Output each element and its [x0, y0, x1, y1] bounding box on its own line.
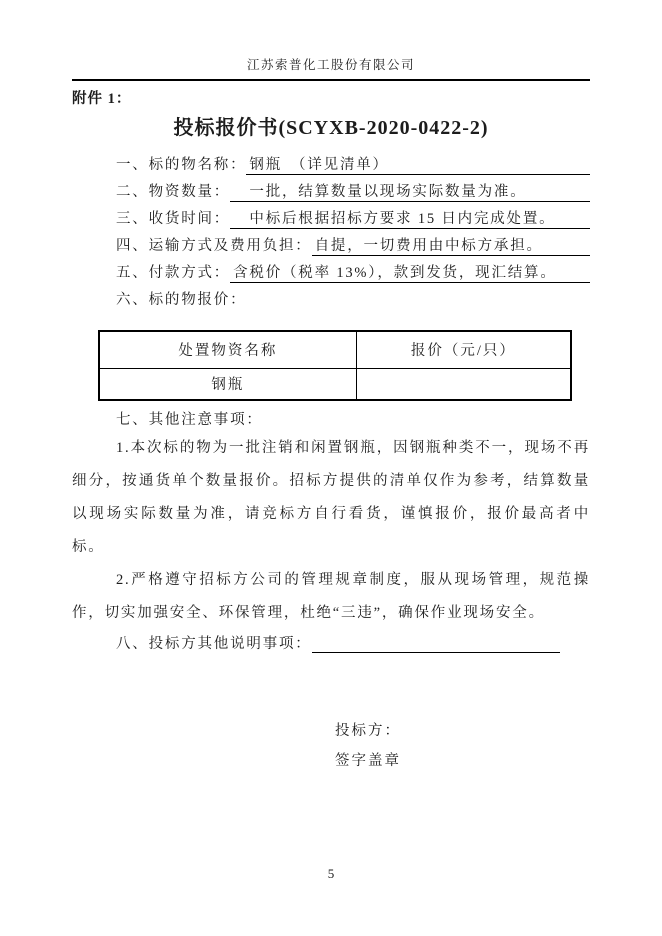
item-subject-name: 一、标的物名称： 钢瓶 （详见清单） [116, 153, 590, 180]
table-header-row: 处置物资名称 报价（元/只） [99, 331, 571, 368]
company-header: 江苏索普化工股份有限公司 [72, 57, 590, 81]
table-row: 钢瓶 [99, 368, 571, 400]
item-label: 二、物资数量： [116, 180, 230, 201]
document-page: 江苏索普化工股份有限公司 附件 1： 投标报价书(SCYXB-2020-0422… [0, 0, 662, 936]
item-label: 六、标的物报价： [116, 288, 246, 309]
item-value-underlined: 中标后根据招标方要求 15 日内完成处置。 [230, 207, 590, 229]
section8-label: 八、投标方其他说明事项： [116, 632, 312, 653]
item-value-underlined: 一批，结算数量以现场实际数量为准。 [230, 180, 590, 202]
numbered-items: 一、标的物名称： 钢瓶 （详见清单） 二、物资数量： 一批，结算数量以现场实际数… [116, 153, 590, 315]
attachment-label: 附件 1： [72, 90, 590, 108]
table-header-material-name: 处置物资名称 [99, 331, 356, 368]
sign-seal-label: 签字盖章 [335, 746, 590, 776]
item-payment-method: 五、付款方式： 含税价（税率 13%），款到发货，现汇结算。 [116, 261, 590, 288]
price-table: 处置物资名称 报价（元/只） 钢瓶 [98, 330, 572, 401]
item-quantity: 二、物资数量： 一批，结算数量以现场实际数量为准。 [116, 180, 590, 207]
table-header-price: 报价（元/只） [356, 331, 571, 368]
item-transport-cost: 四、运输方式及费用负担： 自提，一切费用由中标方承担。 [116, 234, 590, 261]
item-label: 五、付款方式： [116, 261, 230, 282]
item-value-underlined: 自提，一切费用由中标方承担。 [312, 234, 590, 256]
section7-label: 七、其他注意事项： [116, 411, 590, 429]
item-label: 四、运输方式及费用负担： [116, 234, 312, 255]
table-cell-material-name: 钢瓶 [99, 368, 356, 400]
item-value-underlined: 含税价（税率 13%），款到发货，现汇结算。 [230, 261, 590, 283]
table-cell-price-blank[interactable] [356, 368, 571, 400]
doc-title: 投标报价书(SCYXB-2020-0422-2) [72, 114, 590, 142]
section8-blank-line[interactable] [312, 641, 560, 653]
item-value-underlined: 钢瓶 （详见清单） [246, 153, 590, 175]
signature-block: 投标方： 签字盖章 [335, 716, 590, 776]
bidder-label: 投标方： [335, 716, 590, 746]
item-label: 三、收货时间： [116, 207, 230, 228]
item-label: 一、标的物名称： [116, 153, 246, 174]
page-number: 5 [0, 866, 662, 882]
document-content: 江苏索普化工股份有限公司 附件 1： 投标报价书(SCYXB-2020-0422… [0, 0, 662, 936]
item-subject-quote: 六、标的物报价： [116, 288, 590, 315]
note-paragraph-2: 2.严格遵守招标方公司的管理规章制度，服从现场管理，规范操作，切实加强安全、环保… [72, 564, 590, 630]
item-delivery-time: 三、收货时间： 中标后根据招标方要求 15 日内完成处置。 [116, 207, 590, 234]
section8-row: 八、投标方其他说明事项： [116, 632, 590, 659]
note-paragraph-1: 1.本次标的物为一批注销和闲置钢瓶，因钢瓶种类不一，现场不再细分，按通货单个数量… [72, 432, 590, 564]
